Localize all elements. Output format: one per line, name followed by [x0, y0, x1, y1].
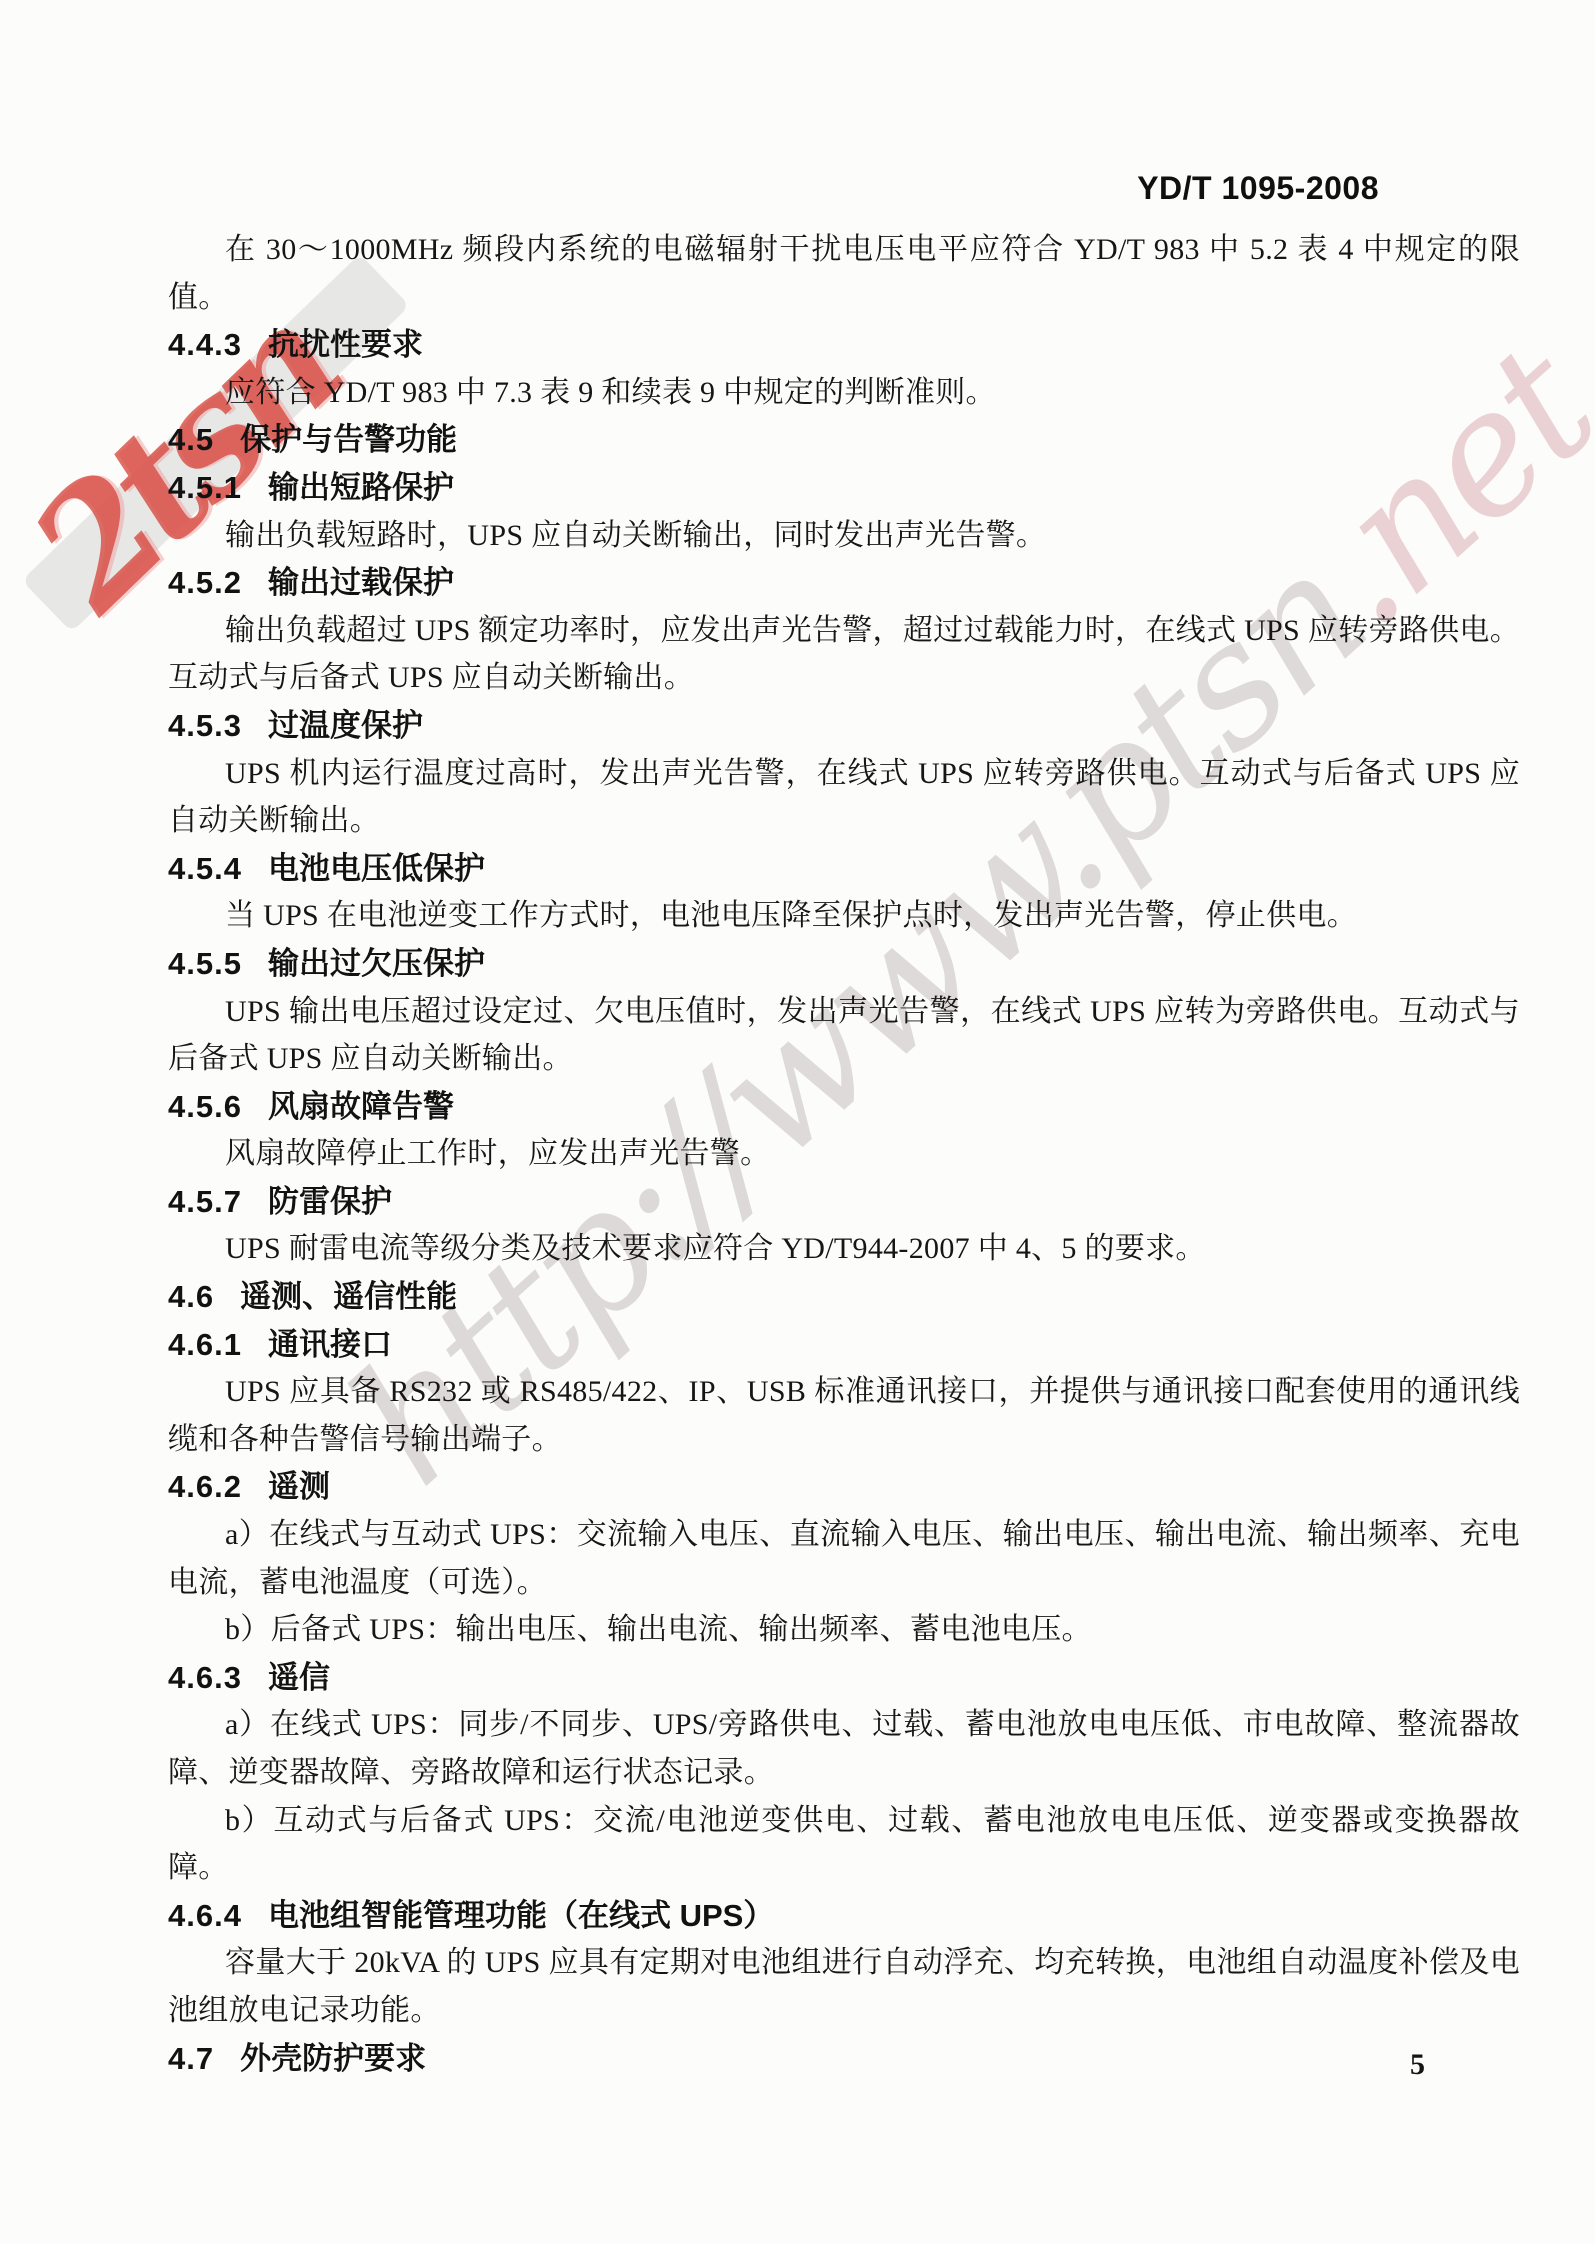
paragraph: UPS 应具备 RS232 或 RS485/422、IP、USB 标准通讯接口，…	[168, 1368, 1520, 1463]
paragraph: 输出负载超过 UPS 额定功率时，应发出声光告警，超过过载能力时，在线式 UPS…	[168, 607, 1520, 702]
section-title: 遥信	[268, 1660, 330, 1695]
section-number: 4.5.3	[168, 702, 242, 750]
section-number: 4.6	[168, 1273, 214, 1321]
paragraph: UPS 输出电压超过设定过、欠电压值时，发出声光告警，在线式 UPS 应转为旁路…	[168, 988, 1520, 1083]
paragraph: 容量大于 20kVA 的 UPS 应具有定期对电池组进行自动浮充、均充转换，电池…	[168, 1939, 1520, 2034]
section-title: 输出过欠压保护	[268, 946, 485, 981]
section-number: 4.5.4	[168, 845, 242, 893]
paragraph: 输出负载短路时，UPS 应自动关断输出，同时发出声光告警。	[168, 512, 1520, 560]
section-4.5.1: 4.5.1输出短路保护	[168, 464, 1520, 512]
section-4.5: 4.5保护与告警功能	[168, 416, 1520, 464]
list-item-b: b）互动式与后备式 UPS：交流/电池逆变供电、过载、蓄电池放电电压低、逆变器或…	[168, 1797, 1520, 1892]
section-title: 遥测、遥信性能	[240, 1279, 457, 1314]
section-4.5.2: 4.5.2输出过载保护	[168, 559, 1520, 607]
section-title: 风扇故障告警	[268, 1089, 454, 1124]
paragraph: 当 UPS 在电池逆变工作方式时，电池电压降至保护点时，发出声光告警，停止供电。	[168, 892, 1520, 940]
list-item-a: a）在线式 UPS：同步/不同步、UPS/旁路供电、过载、蓄电池放电电压低、市电…	[168, 1701, 1520, 1796]
section-title: 外壳防护要求	[240, 2041, 426, 2076]
section-title: 电池组智能管理功能（在线式 UPS）	[268, 1898, 774, 1933]
section-4.5.7: 4.5.7防雷保护	[168, 1178, 1520, 1226]
section-number: 4.5.1	[168, 464, 242, 512]
document-body: 在 30～1000MHz 频段内系统的电磁辐射干扰电压电平应符合 YD/T 98…	[168, 226, 1520, 2082]
section-4.6.3: 4.6.3遥信	[168, 1654, 1520, 1702]
section-number: 4.7	[168, 2035, 214, 2083]
list-item-a: a）在线式与互动式 UPS：交流输入电压、直流输入电压、输出电压、输出电流、输出…	[168, 1511, 1520, 1606]
section-title: 遥测	[268, 1469, 330, 1504]
section-title: 过温度保护	[268, 708, 423, 743]
paragraph: 应符合 YD/T 983 中 7.3 表 9 和续表 9 中规定的判断准则。	[168, 369, 1520, 417]
section-4.5.6: 4.5.6风扇故障告警	[168, 1083, 1520, 1131]
section-title: 保护与告警功能	[240, 422, 457, 457]
section-number: 4.4.3	[168, 321, 242, 369]
section-number: 4.6.1	[168, 1321, 242, 1369]
section-4.5.5: 4.5.5输出过欠压保护	[168, 940, 1520, 988]
paragraph: 风扇故障停止工作时，应发出声光告警。	[168, 1130, 1520, 1178]
section-4.7: 4.7外壳防护要求	[168, 2035, 1520, 2083]
section-number: 4.5	[168, 416, 214, 464]
section-4.5.4: 4.5.4电池电压低保护	[168, 845, 1520, 893]
section-title: 抗扰性要求	[268, 327, 423, 362]
section-number: 4.6.3	[168, 1654, 242, 1702]
section-title: 防雷保护	[268, 1184, 392, 1219]
section-number: 4.5.7	[168, 1178, 242, 1226]
section-title: 电池电压低保护	[268, 851, 485, 886]
section-4.4.3: 4.4.3抗扰性要求	[168, 321, 1520, 369]
section-4.6.4: 4.6.4电池组智能管理功能（在线式 UPS）	[168, 1892, 1520, 1940]
document-page: 2tsn http://www.ptsn.net.cn YD/T 1095-20…	[0, 0, 1595, 2244]
paragraph: UPS 机内运行温度过高时，发出声光告警，在线式 UPS 应转旁路供电。互动式与…	[168, 750, 1520, 845]
section-4.6.1: 4.6.1通讯接口	[168, 1321, 1520, 1369]
section-4.6: 4.6遥测、遥信性能	[168, 1273, 1520, 1321]
list-item-b: b）后备式 UPS：输出电压、输出电流、输出频率、蓄电池电压。	[168, 1606, 1520, 1654]
section-number: 4.6.4	[168, 1892, 242, 1940]
paragraph: UPS 耐雷电流等级分类及技术要求应符合 YD/T944-2007 中 4、5 …	[168, 1225, 1520, 1273]
section-4.6.2: 4.6.2遥测	[168, 1463, 1520, 1511]
section-number: 4.5.5	[168, 940, 242, 988]
section-number: 4.5.2	[168, 559, 242, 607]
section-title: 输出过载保护	[268, 565, 454, 600]
section-4.5.3: 4.5.3过温度保护	[168, 702, 1520, 750]
section-number: 4.6.2	[168, 1463, 242, 1511]
section-title: 输出短路保护	[268, 470, 454, 505]
paragraph: 在 30～1000MHz 频段内系统的电磁辐射干扰电压电平应符合 YD/T 98…	[168, 226, 1520, 321]
section-number: 4.5.6	[168, 1083, 242, 1131]
standard-number-header: YD/T 1095-2008	[1137, 170, 1379, 207]
section-title: 通讯接口	[268, 1327, 392, 1362]
